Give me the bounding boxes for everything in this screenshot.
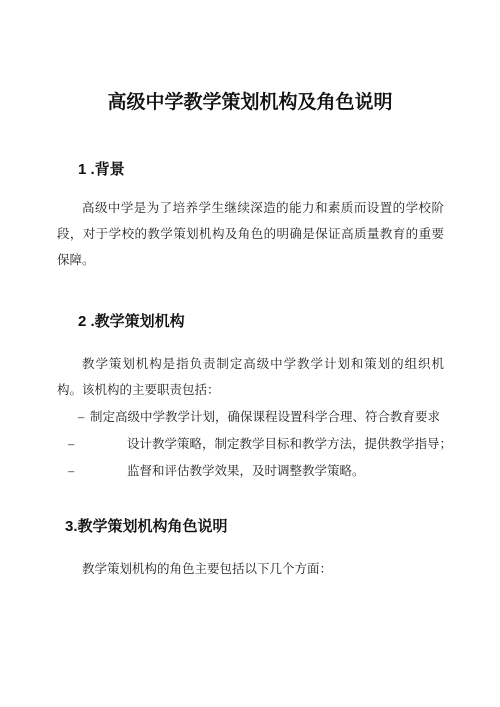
section-heading-role-description: 3.教学策划机构角色说明	[65, 518, 228, 536]
bullet-text: 制定高级中学教学计划，确保课程设置科学合理、符合教育要求	[90, 404, 447, 431]
bullet-dash-marker: –	[68, 431, 127, 458]
bullet-dash-marker: –	[78, 404, 90, 431]
paragraph-background: 高级中学是为了培养学生继续深造的能力和素质而设置的学校阶段，对于学校的教学策划机…	[57, 195, 444, 273]
bullet-text: 设计教学策略，制定教学目标和教学方法，提供教学指导；	[127, 431, 452, 458]
section-heading-planning-org: 2 .教学策划机构	[78, 313, 185, 331]
duties-bullet-list: – 制定高级中学教学计划，确保课程设置科学合理、符合教育要求 – 设计教学策略，…	[57, 404, 447, 485]
paragraph-planning-org: 教学策划机构是指负责制定高级中学教学计划和策划的组织机构。该机构的主要职责包括：	[57, 351, 444, 403]
bullet-text: 监督和评估教学效果，及时调整教学策略。	[127, 458, 447, 485]
bullet-dash-marker: –	[68, 458, 127, 485]
document-title: 高级中学教学策划机构及角色说明	[0, 92, 500, 114]
list-item: – 制定高级中学教学计划，确保课程设置科学合理、符合教育要求	[57, 404, 447, 431]
document-page: 高级中学教学策划机构及角色说明 1 .背景 高级中学是为了培养学生继续深造的能力…	[0, 0, 500, 707]
list-item: – 设计教学策略，制定教学目标和教学方法，提供教学指导；	[57, 431, 447, 458]
section-heading-background: 1 .背景	[78, 161, 125, 179]
paragraph-role-description: 教学策划机构的角色主要包括以下几个方面：	[57, 556, 444, 582]
list-item: – 监督和评估教学效果，及时调整教学策略。	[57, 458, 447, 485]
